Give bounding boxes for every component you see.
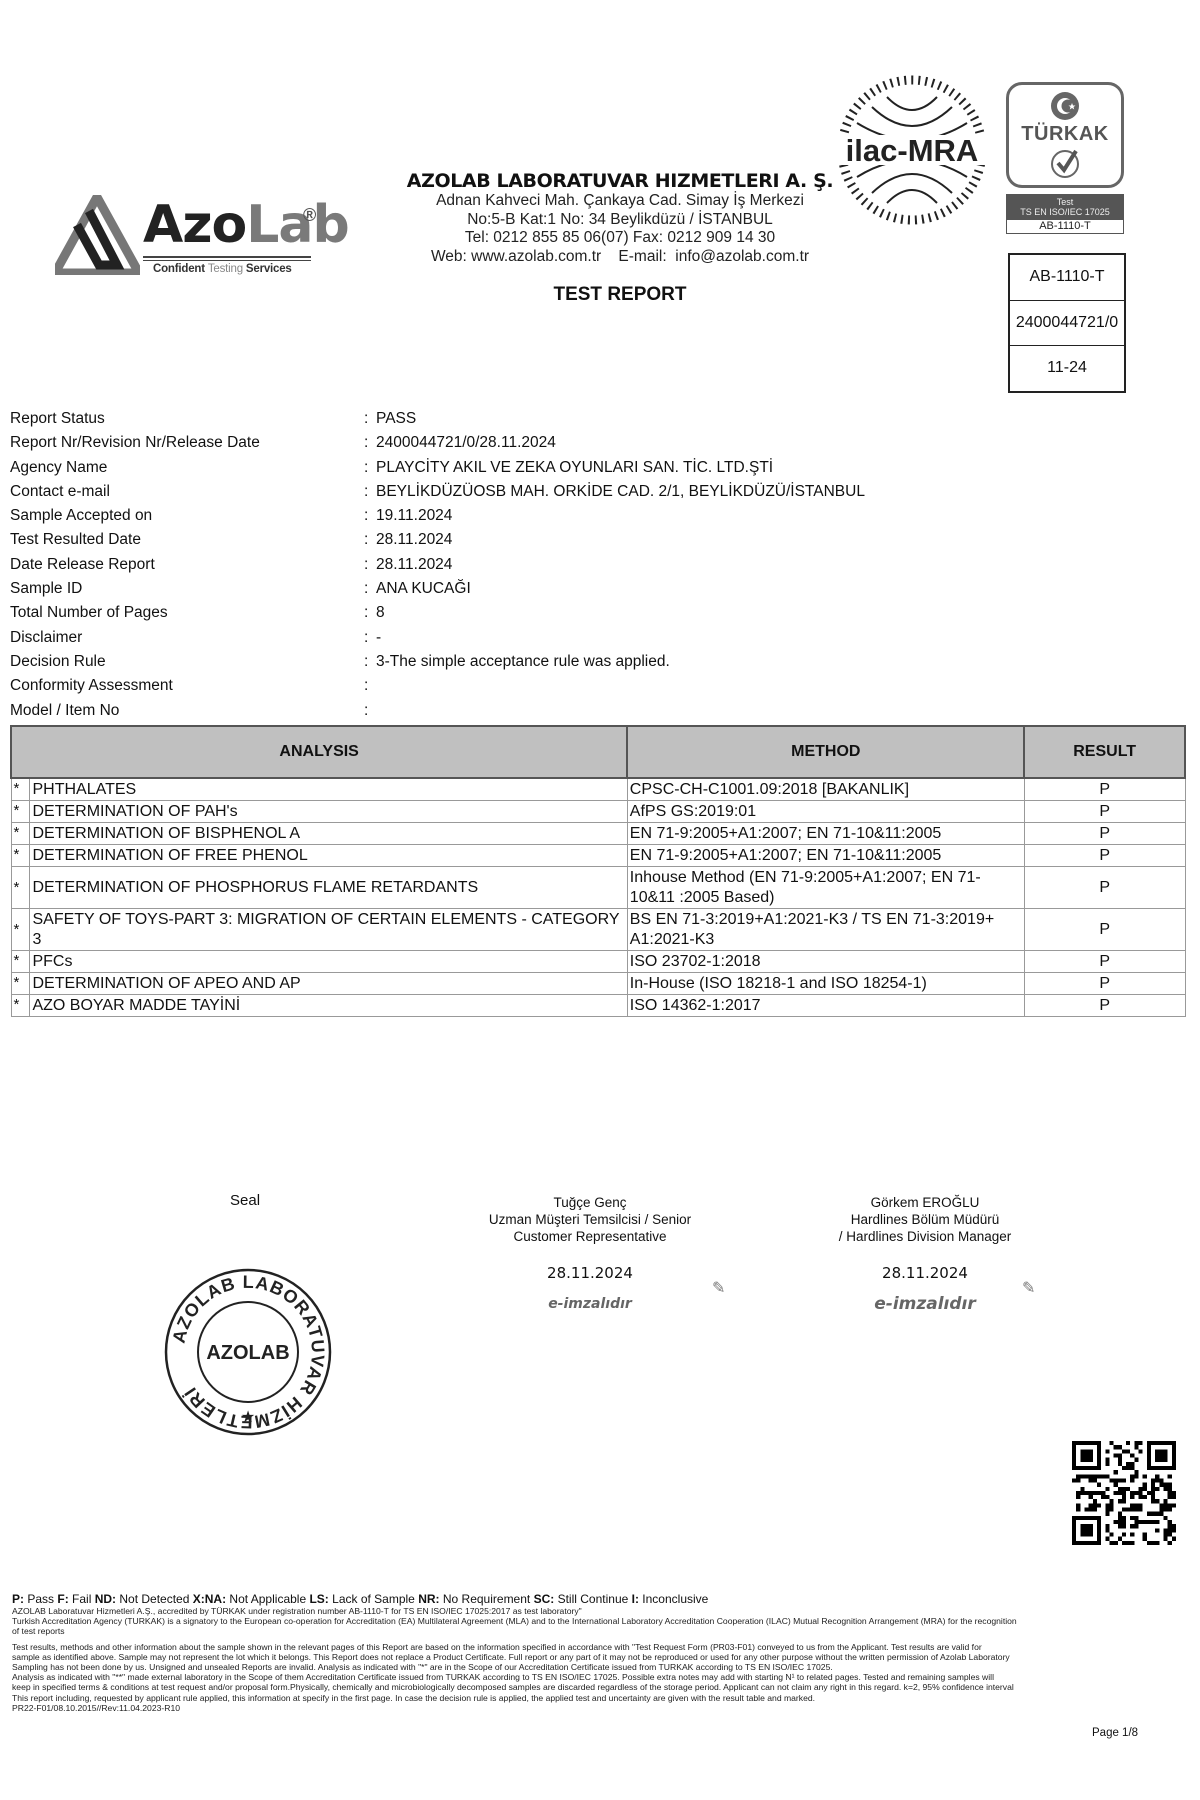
- fine-print-line: Sampling has not been done by us. Unsign…: [12, 1662, 1192, 1672]
- result-cell: P: [1024, 823, 1185, 845]
- result-cell: P: [1024, 995, 1185, 1017]
- info-value: 28.11.2024: [376, 531, 452, 549]
- signer-2-title-en: / Hardlines Division Manager: [800, 1228, 1050, 1245]
- fine-print-line: sample as identified above. Sample may n…: [12, 1652, 1192, 1662]
- info-row: Disclaimer:-: [10, 629, 1010, 653]
- signer-2-name: Görkem EROĞLU: [800, 1194, 1050, 1211]
- legend-key: X:NA:: [193, 1592, 226, 1606]
- fine-print-line: Analysis as indicated with "**" made ext…: [12, 1672, 1192, 1682]
- page-number: Page 1/8: [1092, 1727, 1138, 1739]
- svg-text:ilac-MRA: ilac-MRA: [846, 133, 979, 168]
- info-separator: :: [364, 653, 368, 671]
- check-circle-icon: [1048, 147, 1082, 179]
- info-label: Sample Accepted on: [10, 507, 152, 525]
- info-label: Disclaimer: [10, 629, 82, 647]
- info-value: PASS: [376, 410, 416, 428]
- seal-label: Seal: [230, 1192, 260, 1209]
- info-separator: :: [364, 410, 368, 428]
- info-value: 2400044721/0/28.11.2024: [376, 434, 556, 452]
- table-row: *AZO BOYAR MADDE TAYİNİISO 14362-1:2017P: [11, 995, 1185, 1017]
- turkak-badge: TÜRKAK Test TS EN ISO/IEC 17025 AB-1110-…: [1006, 82, 1124, 234]
- info-separator: :: [364, 556, 368, 574]
- analysis-cell: AZO BOYAR MADDE TAYİNİ: [30, 995, 627, 1017]
- table-row: *SAFETY OF TOYS-PART 3: MIGRATION OF CER…: [11, 909, 1185, 951]
- fine-print-line: keep in specified terms & conditions at …: [12, 1682, 1192, 1692]
- table-row: *DETERMINATION OF PAH'sAfPS GS:2019:01P: [11, 801, 1185, 823]
- table-row: *PFCsISO 23702-1:2018P: [11, 951, 1185, 973]
- company-phone: Tel: 0212 855 85 06(07) Fax: 0212 909 14…: [390, 229, 850, 248]
- accreditation-mark: *: [11, 801, 30, 823]
- header-method: METHOD: [627, 726, 1024, 778]
- report-period: 11-24: [1010, 346, 1124, 391]
- info-separator: :: [364, 702, 368, 720]
- analysis-table: ANALYSIS METHOD RESULT *PHTHALATESCPSC-C…: [10, 725, 1186, 1017]
- info-row: Sample ID:ANA KUCAĞI: [10, 580, 1010, 604]
- signer-1-title-en: Customer Representative: [470, 1228, 710, 1245]
- analysis-cell: DETERMINATION OF BISPHENOL A: [30, 823, 627, 845]
- report-number: 2400044721/0: [1010, 301, 1124, 347]
- accreditation-mark: *: [11, 909, 30, 951]
- legend-text: Lack of Sample: [329, 1592, 418, 1606]
- info-value: ANA KUCAĞI: [376, 580, 471, 598]
- method-cell: AfPS GS:2019:01: [627, 801, 1024, 823]
- svg-text:★: ★: [241, 1409, 255, 1426]
- method-cell: EN 71-9:2005+A1:2007; EN 71-10&11:2005: [627, 845, 1024, 867]
- info-value: 8: [376, 604, 385, 622]
- analysis-cell: DETERMINATION OF FREE PHENOL: [30, 845, 627, 867]
- info-label: Test Resulted Date: [10, 531, 141, 549]
- ilac-mra-logo-icon: ilac-MRA: [832, 75, 992, 225]
- report-info: Report Status:PASSReport Nr/Revision Nr/…: [10, 410, 1010, 726]
- info-row: Agency Name:PLAYCİTY AKIL VE ZEKA OYUNLA…: [10, 459, 1010, 483]
- method-cell: ISO 23702-1:2018: [627, 951, 1024, 973]
- signer-2-date: 28.11.2024: [800, 1265, 1050, 1282]
- signer-1-name: Tuğçe Genç: [470, 1194, 710, 1211]
- info-separator: :: [364, 629, 368, 647]
- signer-1-date: 28.11.2024: [470, 1265, 710, 1282]
- logo-tagline: Confident Testing Services: [153, 263, 292, 275]
- method-cell: Inhouse Method (EN 71-9:2005+A1:2007; EN…: [627, 867, 1024, 909]
- method-cell: BS EN 71-3:2019+A1:2021-K3 / TS EN 71-3:…: [627, 909, 1024, 951]
- fine-print-line: of test reports: [12, 1626, 1192, 1636]
- signer-1-esign: e-imzalıdır: [470, 1296, 710, 1313]
- company-name: AZOLAB LABORATUVAR HIZMETLERI A. Ş.: [390, 170, 850, 192]
- legend-text: Still Continue: [554, 1592, 631, 1606]
- report-title: TEST REPORT: [500, 284, 740, 306]
- info-label: Date Release Report: [10, 556, 155, 574]
- result-cell: P: [1024, 867, 1185, 909]
- turkak-logo-icon: TÜRKAK: [1006, 82, 1124, 188]
- result-cell: P: [1024, 801, 1185, 823]
- azolab-logo: AzoLab ® Confident Testing Services: [55, 195, 325, 275]
- result-cell: P: [1024, 951, 1185, 973]
- fine-print-line: This report including, requested by appl…: [12, 1693, 1192, 1703]
- accreditation-mark: *: [11, 951, 30, 973]
- fine-print-line: PR22-F01/08.10.2015//Rev:11.04.2023-R10: [12, 1703, 1192, 1713]
- table-row: *DETERMINATION OF APEO AND APIn-House (I…: [11, 973, 1185, 995]
- info-separator: :: [364, 483, 368, 501]
- accreditation-mark: *: [11, 778, 30, 801]
- report-id-box: AB-1110-T 2400044721/0 11-24: [1008, 253, 1126, 393]
- info-label: Total Number of Pages: [10, 604, 168, 622]
- info-label: Conformity Assessment: [10, 677, 173, 695]
- info-label: Agency Name: [10, 459, 107, 477]
- header-analysis: ANALYSIS: [11, 726, 627, 778]
- accreditation-number: AB-1110-T: [1010, 255, 1124, 301]
- accreditation-mark: *: [11, 995, 30, 1017]
- table-header-row: ANALYSIS METHOD RESULT: [11, 726, 1185, 778]
- info-row: Contact e-mail:BEYLİKDÜZÜOSB MAH. ORKİDE…: [10, 483, 1010, 507]
- info-label: Sample ID: [10, 580, 82, 598]
- info-row: Report Nr/Revision Nr/Release Date:24000…: [10, 434, 1010, 458]
- analysis-cell: SAFETY OF TOYS-PART 3: MIGRATION OF CERT…: [30, 909, 627, 951]
- accreditation-mark: *: [11, 973, 30, 995]
- result-cell: P: [1024, 973, 1185, 995]
- info-value: 19.11.2024: [376, 507, 452, 525]
- signer-1: Tuğçe Genç Uzman Müşteri Temsilcisi / Se…: [470, 1194, 710, 1313]
- info-value: 28.11.2024: [376, 556, 452, 574]
- info-separator: :: [364, 580, 368, 598]
- legend-text: Pass: [24, 1592, 57, 1606]
- method-cell: EN 71-9:2005+A1:2007; EN 71-10&11:2005: [627, 823, 1024, 845]
- table-row: *DETERMINATION OF BISPHENOL AEN 71-9:200…: [11, 823, 1185, 845]
- signer-2: Görkem EROĞLU Hardlines Bölüm Müdürü / H…: [800, 1194, 1050, 1313]
- analysis-cell: PFCs: [30, 951, 627, 973]
- info-label: Report Nr/Revision Nr/Release Date: [10, 434, 260, 452]
- info-label: Model / Item No: [10, 702, 119, 720]
- info-separator: :: [364, 459, 368, 477]
- info-row: Date Release Report:28.11.2024: [10, 556, 1010, 580]
- svg-text:AZOLAB: AZOLAB: [206, 1342, 289, 1364]
- legend-text: No Requirement: [440, 1592, 534, 1606]
- table-row: *PHTHALATESCPSC-CH-C1001.09:2018 [BAKANL…: [11, 778, 1185, 801]
- info-value: 3-The simple acceptance rule was applied…: [376, 653, 670, 671]
- table-row: *DETERMINATION OF PHOSPHORUS FLAME RETAR…: [11, 867, 1185, 909]
- legend-key: SC:: [534, 1592, 555, 1606]
- info-separator: :: [364, 604, 368, 622]
- info-separator: :: [364, 507, 368, 525]
- info-separator: :: [364, 531, 368, 549]
- method-cell: In-House (ISO 18218-1 and ISO 18254-1): [627, 973, 1024, 995]
- info-row: Sample Accepted on:19.11.2024: [10, 507, 1010, 531]
- info-separator: :: [364, 434, 368, 452]
- header-result: RESULT: [1024, 726, 1185, 778]
- info-value: -: [376, 629, 381, 647]
- legend-text: Inconclusive: [639, 1592, 708, 1606]
- analysis-cell: DETERMINATION OF APEO AND AP: [30, 973, 627, 995]
- info-value: PLAYCİTY AKIL VE ZEKA OYUNLARI SAN. TİC.…: [376, 459, 773, 477]
- analysis-cell: DETERMINATION OF PAH's: [30, 801, 627, 823]
- fine-print-line: AZOLAB Laboratuvar Hizmetleri A.Ş., accr…: [12, 1606, 1192, 1616]
- info-separator: :: [364, 677, 368, 695]
- signer-2-title: Hardlines Bölüm Müdürü: [800, 1211, 1050, 1228]
- accreditation-mark: *: [11, 867, 30, 909]
- result-cell: P: [1024, 845, 1185, 867]
- company-header: AZOLAB LABORATUVAR HIZMETLERI A. Ş. Adna…: [390, 170, 850, 266]
- info-value: BEYLİKDÜZÜOSB MAH. ORKİDE CAD. 2/1, BEYL…: [376, 483, 865, 501]
- legend-text: Not Applicable: [226, 1592, 309, 1606]
- fine-print-line: Turkish Accreditation Agency (TURKAK) is…: [12, 1616, 1192, 1626]
- fine-print: AZOLAB Laboratuvar Hizmetleri A.Ş., accr…: [12, 1606, 1192, 1713]
- legend-key: I:: [632, 1592, 639, 1606]
- info-label: Contact e-mail: [10, 483, 110, 501]
- azolab-triangle-logo-icon: [55, 195, 140, 275]
- logo-wordmark: AzoLab: [143, 195, 349, 255]
- pen-signature-icon: ✎: [712, 1278, 725, 1298]
- pen-signature-icon: ✎: [1022, 1278, 1035, 1298]
- info-row: Total Number of Pages:8: [10, 604, 1010, 628]
- info-row: Conformity Assessment:: [10, 677, 1010, 701]
- info-row: Report Status:PASS: [10, 410, 1010, 434]
- signer-2-esign: e-imzalıdır: [800, 1296, 1050, 1313]
- method-cell: ISO 14362-1:2017: [627, 995, 1024, 1017]
- legend-key: NR:: [418, 1592, 439, 1606]
- table-row: *DETERMINATION OF FREE PHENOLEN 71-9:200…: [11, 845, 1185, 867]
- registered-mark: ®: [303, 205, 316, 226]
- info-label: Decision Rule: [10, 653, 106, 671]
- info-row: Decision Rule:3-The simple acceptance ru…: [10, 653, 1010, 677]
- accreditation-mark: *: [11, 823, 30, 845]
- qr-code-icon[interactable]: [1072, 1441, 1176, 1545]
- azolab-seal-stamp-icon: AZOLAB LABORATUVAR HİZMETLERİ AZOLAB ★: [158, 1262, 338, 1442]
- result-cell: P: [1024, 778, 1185, 801]
- method-cell: CPSC-CH-C1001.09:2018 [BAKANLIK]: [627, 778, 1024, 801]
- result-cell: P: [1024, 909, 1185, 951]
- legend-key: F:: [57, 1592, 68, 1606]
- info-row: Model / Item No:: [10, 702, 1010, 726]
- analysis-cell: DETERMINATION OF PHOSPHORUS FLAME RETARD…: [30, 867, 627, 909]
- result-legend: P: Pass F: Fail ND: Not Detected X:NA: N…: [12, 1592, 708, 1606]
- company-address-1: Adnan Kahveci Mah. Çankaya Cad. Simay İş…: [390, 192, 850, 211]
- crescent-star-icon: [1049, 91, 1081, 121]
- signer-1-title: Uzman Müşteri Temsilcisi / Senior: [470, 1211, 710, 1228]
- analysis-cell: PHTHALATES: [30, 778, 627, 801]
- logo-rule: [143, 256, 311, 261]
- fine-print-line: Test results, methods and other informat…: [12, 1642, 1192, 1652]
- company-address-2: No:5-B Kat:1 No: 34 Beylikdüzü / İSTANBU…: [390, 211, 850, 230]
- legend-key: ND:: [95, 1592, 116, 1606]
- accreditation-mark: *: [11, 845, 30, 867]
- info-label: Report Status: [10, 410, 105, 428]
- turkak-scope-band: Test TS EN ISO/IEC 17025 AB-1110-T: [1006, 194, 1124, 234]
- legend-key: P:: [12, 1592, 24, 1606]
- legend-key: LS:: [309, 1592, 328, 1606]
- legend-text: Not Detected: [116, 1592, 193, 1606]
- info-row: Test Resulted Date:28.11.2024: [10, 531, 1010, 555]
- legend-text: Fail: [69, 1592, 95, 1606]
- company-web: Web: www.azolab.com.tr E-mail: info@azol…: [390, 248, 850, 267]
